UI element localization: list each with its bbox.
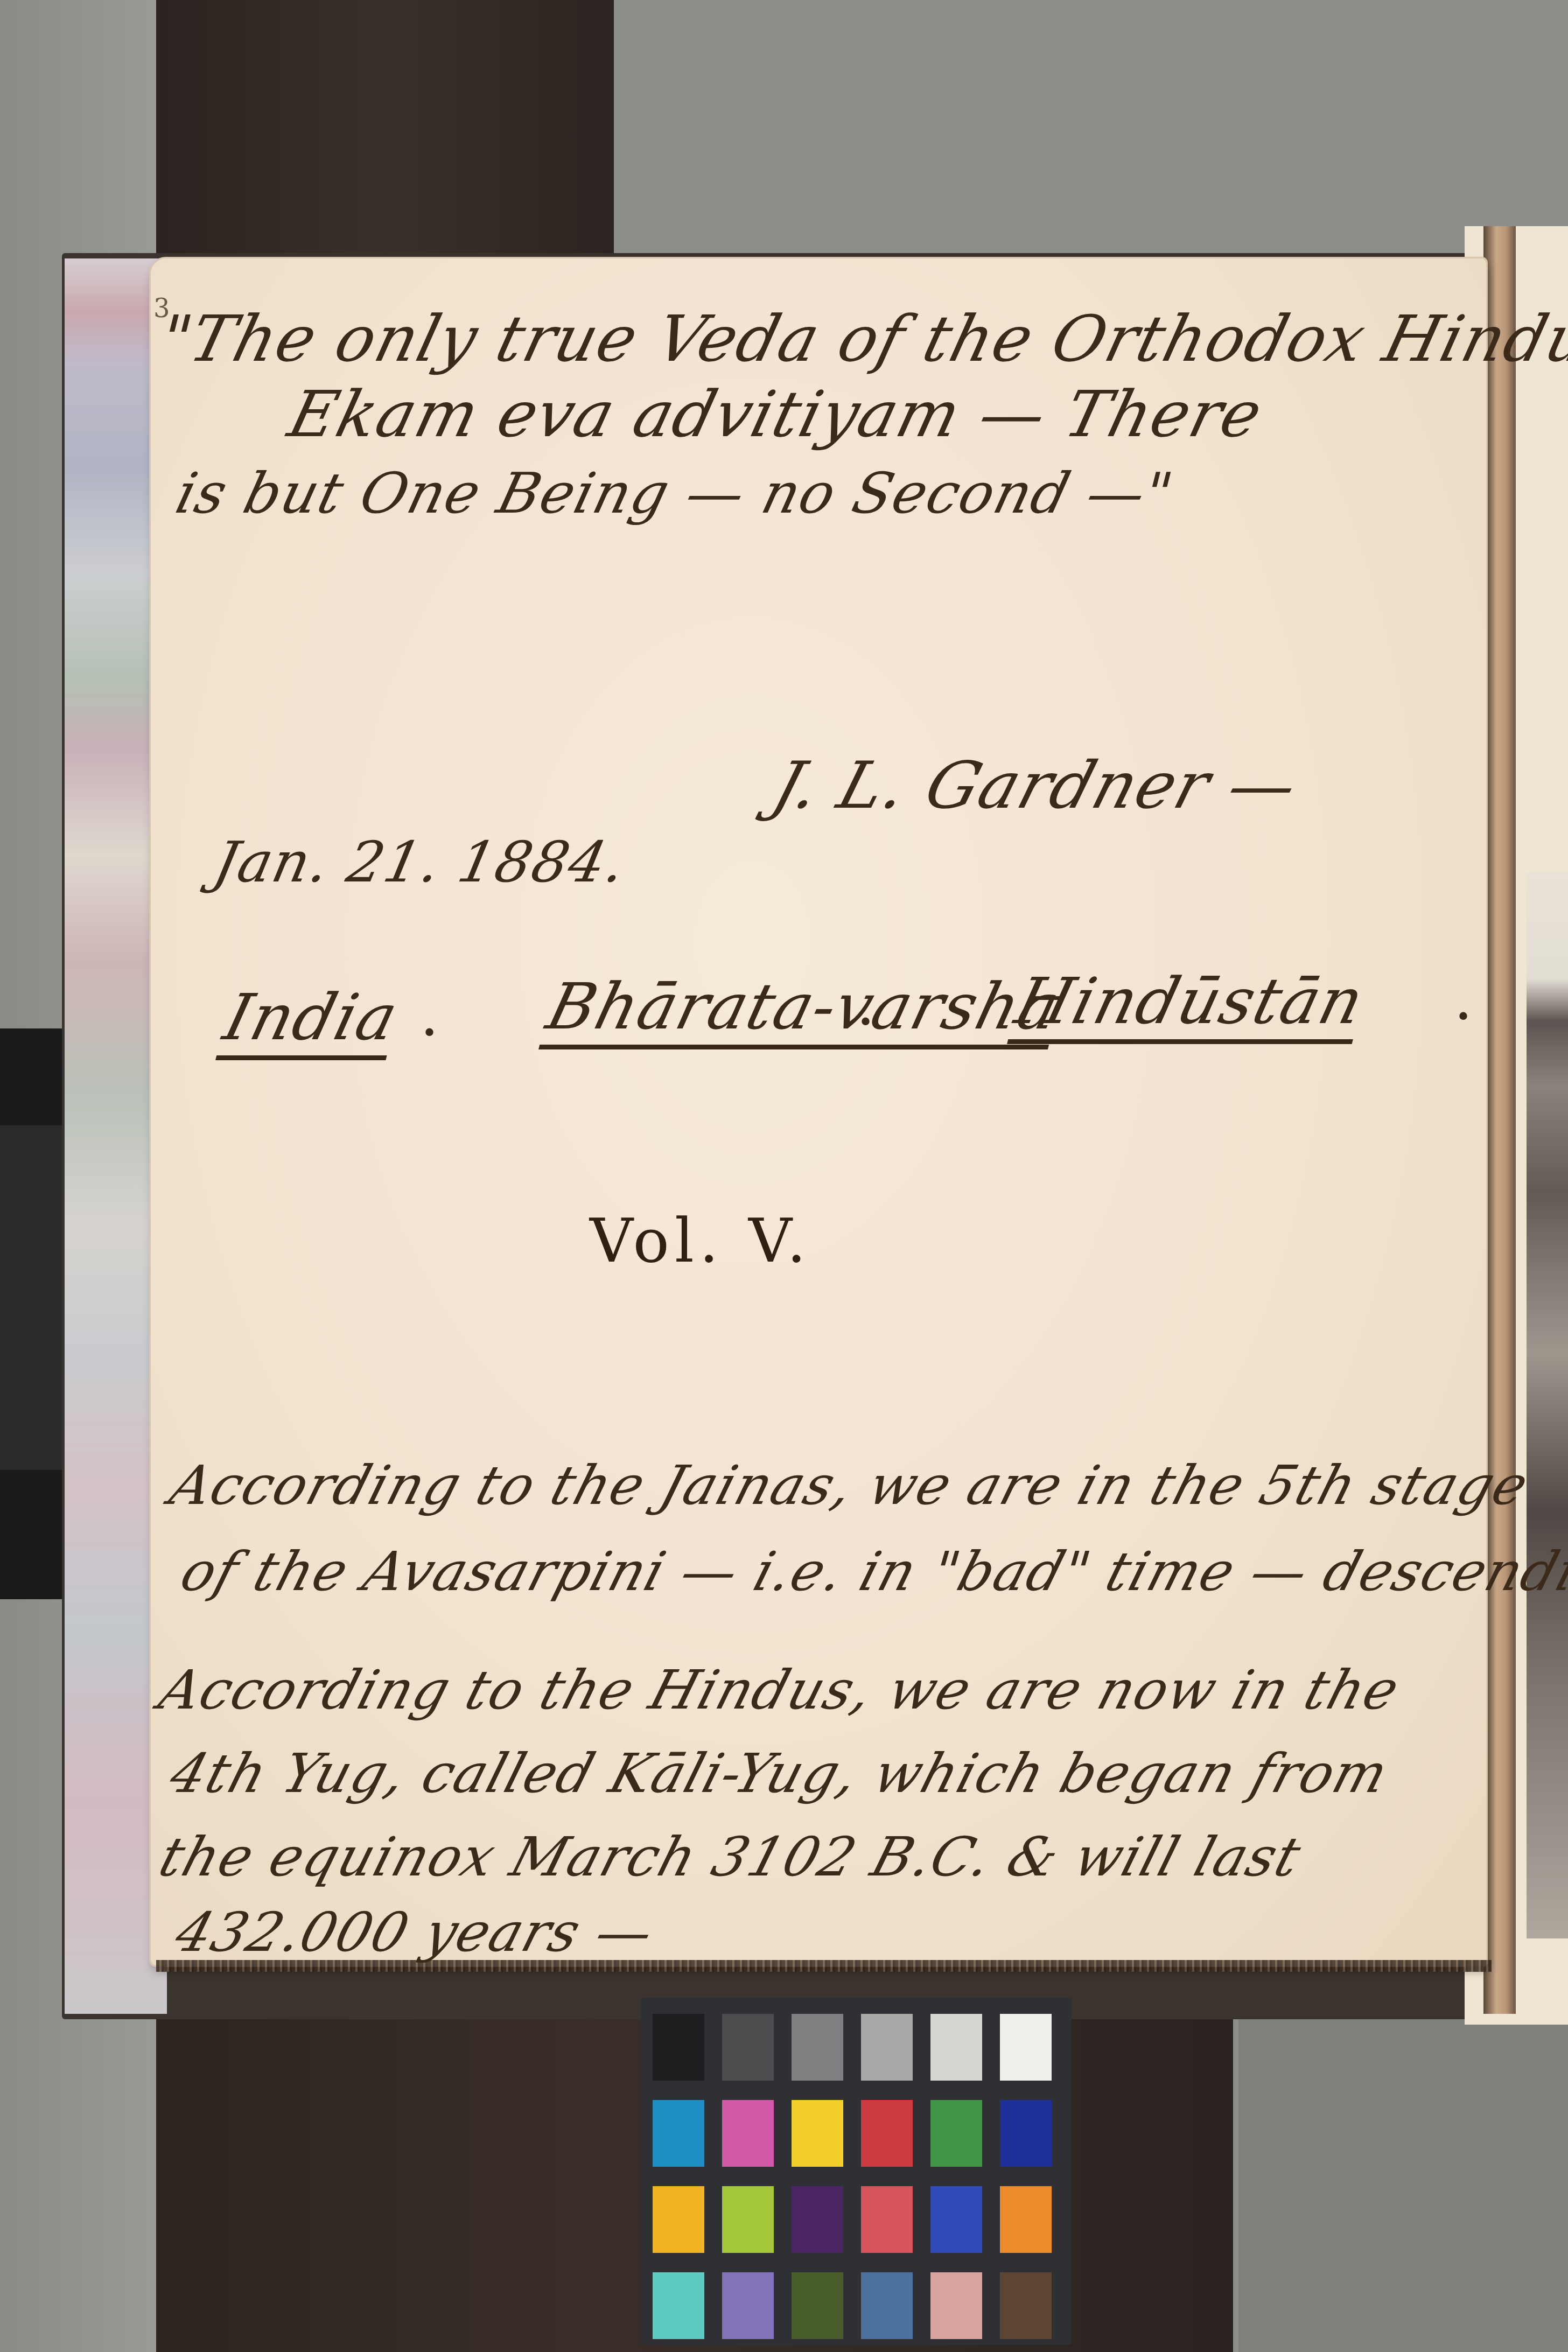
color-swatch — [861, 2100, 913, 2167]
signature: J. L. Gardner — — [765, 748, 1306, 823]
place-name-india: India — [217, 980, 406, 1054]
hindu-paragraph-line-3: the equinox March 3102 B.C. & will last — [152, 1825, 1308, 1888]
place-name-bharata-varsha: Bhārata-varsha — [540, 969, 1068, 1044]
color-swatch — [722, 2014, 774, 2081]
color-swatch — [653, 2100, 704, 2167]
quote-line-2: Ekam eva advitiyam — There — [282, 377, 1270, 451]
book-clamp-inner — [0, 1125, 62, 1470]
color-swatch — [861, 2014, 913, 2081]
color-swatch — [653, 2014, 704, 2081]
color-swatch — [792, 2014, 843, 2081]
color-swatch — [1000, 2014, 1052, 2081]
quote-line-1: "The only true Veda of the Orthodox Hind… — [152, 302, 1568, 376]
color-swatch — [792, 2186, 843, 2253]
page-gutter — [1483, 226, 1516, 2014]
stand-top — [156, 0, 614, 258]
color-swatch — [1000, 2186, 1052, 2253]
quote-line-3: is but One Being — no Second —" — [170, 460, 1180, 526]
date: Jan. 21. 1884. — [208, 829, 632, 895]
background-wall-right — [614, 0, 1568, 258]
jaina-paragraph-line-2: of the Avasarpini — i.e. in "bad" time —… — [174, 1540, 1568, 1603]
color-swatch — [861, 2272, 913, 2339]
color-swatch — [722, 2186, 774, 2253]
hindu-paragraph-line-1: According to the Hindus, we are now in t… — [152, 1658, 1407, 1721]
facing-page-photograph — [1527, 872, 1568, 1938]
color-swatch — [930, 2014, 982, 2081]
color-swatch — [792, 2100, 843, 2167]
color-swatch — [930, 2100, 982, 2167]
color-swatch — [653, 2186, 704, 2253]
hindu-paragraph-line-2: 4th Yug, called Kāli-Yug, which began fr… — [163, 1742, 1396, 1805]
color-swatch — [1000, 2100, 1052, 2167]
color-checker-grid — [653, 2014, 1052, 2339]
jaina-paragraph-line-1: According to the Jainas, we are in the 5… — [163, 1454, 1536, 1517]
separator: . — [420, 980, 439, 1049]
separator: . — [1454, 964, 1473, 1033]
place-name-hindustan: Hindūstān — [1009, 964, 1372, 1038]
color-swatch — [930, 2272, 982, 2339]
color-swatch — [1000, 2272, 1052, 2339]
volume-heading: Vol. V. — [590, 1206, 811, 1276]
color-swatch — [653, 2272, 704, 2339]
color-swatch — [722, 2100, 774, 2167]
color-swatch — [722, 2272, 774, 2339]
separator: . — [856, 969, 875, 1038]
color-swatch — [792, 2272, 843, 2339]
color-checker-card — [641, 1998, 1072, 2345]
color-swatch — [930, 2186, 982, 2253]
color-swatch — [861, 2186, 913, 2253]
hindu-paragraph-line-4: 432.000 years — — [169, 1901, 661, 1964]
